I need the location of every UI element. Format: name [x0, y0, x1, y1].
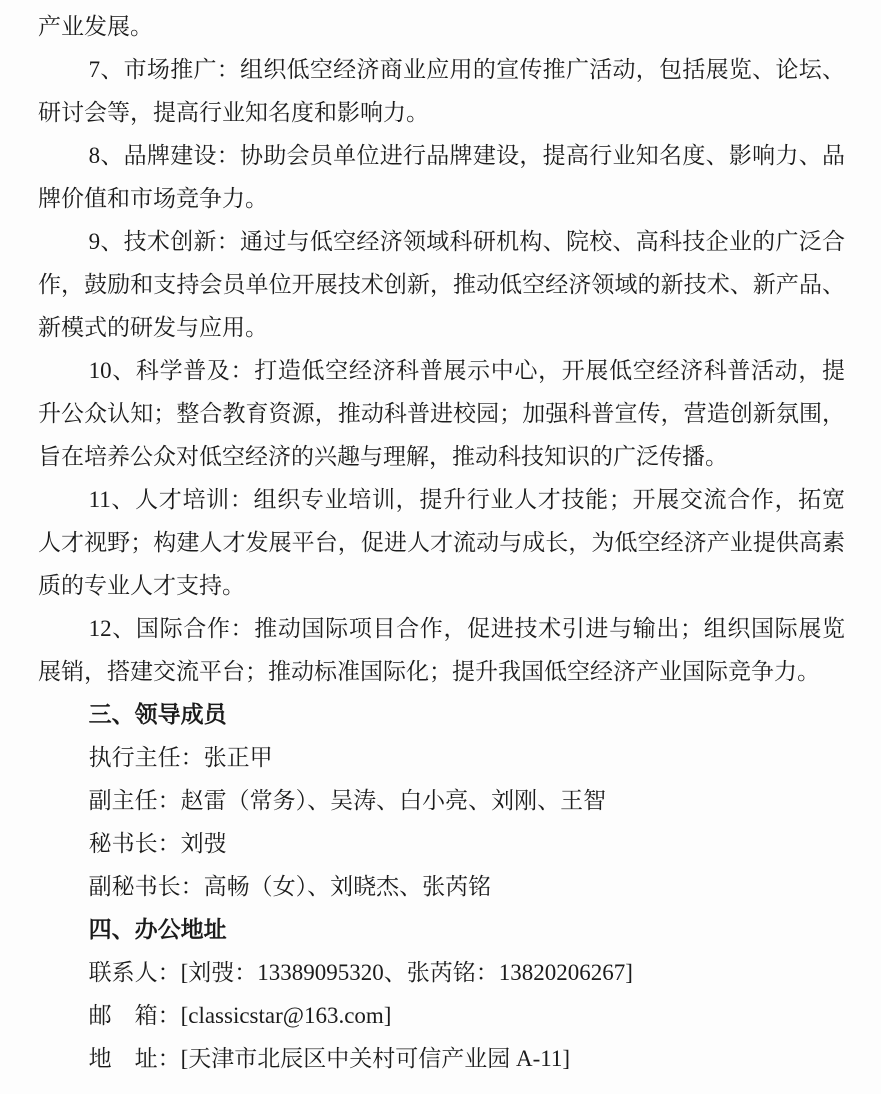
para-10-science-popularization: 10、科学普及：打造低空经济科普展示中心，开展低空经济科普活动，提升公众认知；整…: [38, 349, 845, 478]
line-deputy-directors: 副主任：赵雷（常务）、吴涛、白小亮、刘刚、王智: [38, 779, 845, 822]
para-11-talent-training: 11、人才培训：组织专业培训，提升行业人才技能；开展交流合作，拓宽人才视野；构建…: [38, 478, 845, 607]
line-executive-director: 执行主任：张正甲: [38, 736, 845, 779]
para-industry-development-continuation: 产业发展。: [38, 5, 845, 48]
heading-3-leadership-members: 三、领导成员: [38, 693, 845, 736]
line-address: 地 址：[天津市北辰区中关村可信产业园 A-11]: [38, 1037, 845, 1080]
line-secretary-general: 秘书长：刘弢: [38, 822, 845, 865]
line-contact-persons: 联系人：[刘弢：13389095320、张芮铭：13820206267]: [38, 951, 845, 994]
heading-4-office-address: 四、办公地址: [38, 908, 845, 951]
para-7-market-promotion: 7、市场推广：组织低空经济商业应用的宣传推广活动，包括展览、论坛、研讨会等，提高…: [38, 48, 845, 134]
line-email: 邮 箱：[classicstar@163.com]: [38, 994, 845, 1037]
document-page: 产业发展。 7、市场推广：组织低空经济商业应用的宣传推广活动，包括展览、论坛、研…: [0, 0, 881, 1094]
para-8-brand-building: 8、品牌建设：协助会员单位进行品牌建设，提高行业知名度、影响力、品牌价值和市场竞…: [38, 134, 845, 220]
para-12-international-cooperation: 12、国际合作：推动国际项目合作，促进技术引进与输出；组织国际展览展销，搭建交流…: [38, 607, 845, 693]
line-deputy-secretary-generals: 副秘书长：高畅（女）、刘晓杰、张芮铭: [38, 865, 845, 908]
para-9-tech-innovation: 9、技术创新：通过与低空经济领域科研机构、院校、高科技企业的广泛合作，鼓励和支持…: [38, 220, 845, 349]
